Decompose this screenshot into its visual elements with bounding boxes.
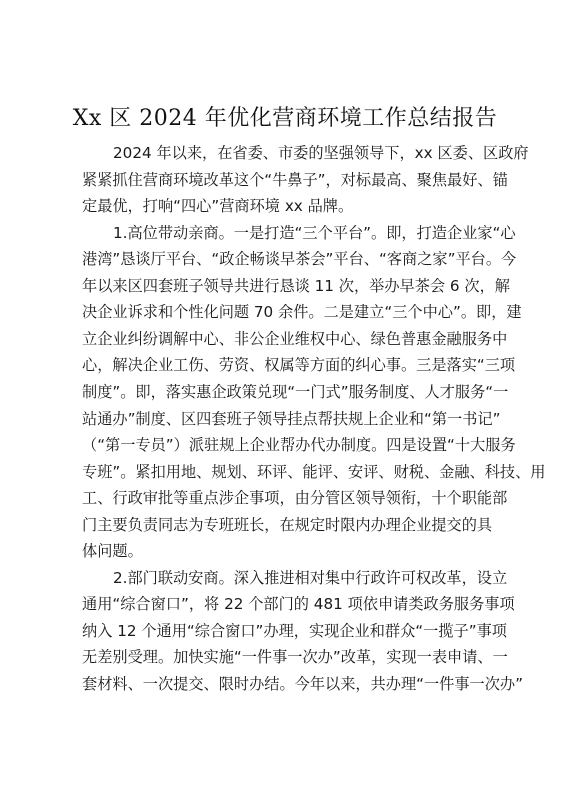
paragraph-line: （“第一专员”）派驻规上企业帮办代办制度。四是设置“十大服务 bbox=[82, 435, 492, 455]
paragraph-line: 年以来区四套班子领导共进行恳谈 11 次，举办早茶会 6 次，解 bbox=[82, 276, 492, 296]
paragraph-line: 立企业纠纷调解中心、非公企业维权中心、绿色普惠金融服务中 bbox=[82, 329, 492, 349]
paragraph-line: 1.高位带动亲商。一是打造“三个平台”。即，打造企业家“心 bbox=[113, 223, 492, 243]
paragraph-line: 工、行政审批等重点涉企事项，由分管区领导领衔，十个职能部 bbox=[82, 488, 492, 508]
paragraph-line: 港湾”恳谈厅平台、“政企畅谈早茶会”平台、“客商之家”平台。今 bbox=[82, 249, 492, 269]
paragraph-line: 定最优，打响“四心”营商环境 xx 品牌。 bbox=[82, 196, 492, 216]
paragraph-line: 纳入 12 个通用“综合窗口”办理，实现企业和群众“一揽子”事项 bbox=[82, 621, 492, 641]
document-page: Xx 区 2024 年优化营商环境工作总结报告 2024 年以来，在省委、市委的… bbox=[0, 0, 570, 807]
paragraph-line: 心，解决企业工伤、劳资、权属等方面的纠心事。三是落实“三项 bbox=[82, 355, 492, 375]
paragraph-line: 决企业诉求和个性化问题 70 余件。二是建立“三个中心”。即，建 bbox=[82, 302, 492, 322]
paragraph-line: 套材料、一次提交、限时办结。今年以来，共办理“一件事一次办” bbox=[82, 674, 492, 694]
document-title: Xx 区 2024 年优化营商环境工作总结报告 bbox=[0, 104, 570, 134]
paragraph-line: 通用“综合窗口”，将 22 个部门的 481 项依申请类政务服务事项 bbox=[82, 594, 492, 614]
paragraph-line: 专班”。紧扣用地、规划、环评、能评、安评、财税、金融、科技、用 bbox=[82, 462, 492, 482]
paragraph-line: 门主要负责同志为专班班长，在规定时限内办理企业提交的具 bbox=[82, 515, 492, 535]
paragraph-line: 紧紧抓住营商环境改革这个“牛鼻子”，对标最高、聚焦最好、锚 bbox=[82, 170, 492, 190]
paragraph-line: 站通办”制度、区四套班子领导挂点帮扶规上企业和“第一书记” bbox=[82, 409, 492, 429]
paragraph-line: 体问题。 bbox=[82, 541, 492, 561]
paragraph-line: 2.部门联动安商。深入推进相对集中行政许可权改革，设立 bbox=[113, 568, 492, 588]
paragraph-line: 无差别受理。加快实施“一件事一次办”改革，实现一表申请、一 bbox=[82, 647, 492, 667]
paragraph-line: 制度”。即，落实惠企政策兑现“一门式”服务制度、人才服务“一 bbox=[82, 382, 492, 402]
paragraph-line: 2024 年以来，在省委、市委的坚强领导下，xx 区委、区政府 bbox=[113, 143, 492, 163]
